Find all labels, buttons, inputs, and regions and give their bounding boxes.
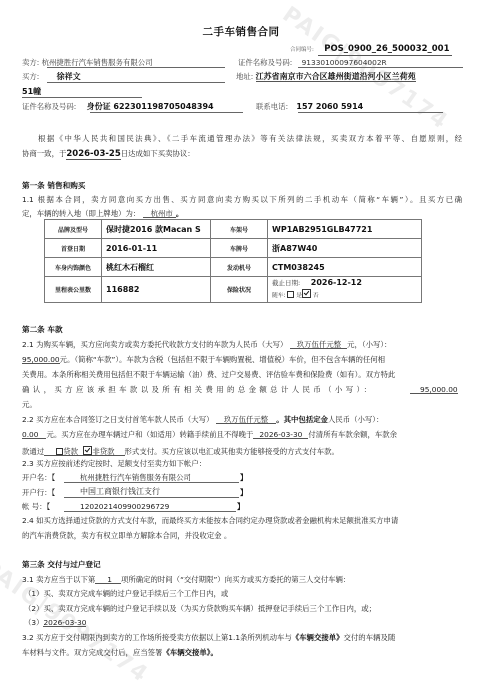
p22-line2-mid: 元。买方应在办理车辆过户和（如适用）转籍手续前且不得晚于 [46, 430, 253, 439]
article2-p21-line4: 确认，买方应该承担车款以及所有相关费用的总金额总计人民币（小写）： [22, 386, 374, 393]
article2-p23: 2.3 买方应按前述约定按时、足额支付至卖方如下帐户： [22, 460, 206, 467]
with-car-no-label: 否 [313, 293, 319, 299]
article3-opt2: （2）买、卖双方完成车辆的过户登记手续以及（为买方贷款购买车辆）抵押登记手续后三… [24, 605, 376, 612]
first-registration-label: 首登日期 [45, 239, 102, 258]
buyer-id-value: 身份证 622301198705048394 [87, 102, 214, 111]
loan-label: 贷款 [63, 447, 78, 456]
seller-id-row: 证件名称及号码: 91330100097604002R [238, 59, 387, 66]
article3-p32-line1: 3.2 买方应于交付期限内到卖方的工作场所接受卖方依据以上第1.1条所列机动车与… [22, 634, 395, 641]
registration-city: 杭州市 [143, 210, 176, 218]
article3-heading: 第三条 交付与过户登记 [22, 561, 101, 569]
account-name-close: 】 [240, 474, 247, 481]
table-row: 车身内饰颜色 桃红木石榴红 发动机号 CTM038245 [45, 258, 422, 277]
bank-value: 中国工商银行钱江支行 [80, 488, 160, 496]
address-line1: 江苏省南京市六合区雄州街道沿河小区兰荷苑 [256, 73, 416, 82]
first-payment-words: 玖万伍仟元整 [216, 416, 276, 424]
price-words: 玖万伍仟元整 [290, 341, 347, 349]
intro-line2-suffix: 日达成如下买卖协议： [121, 149, 195, 158]
address-line2: 51幢 [22, 88, 41, 96]
p32-line2-prefix: 车材料与文件。双方完成交付后，应当签署 [22, 648, 162, 657]
buyer-id-label: 证件名称及号码: [22, 102, 76, 111]
article2-p21-line2: 95,000.00元。（简称“车款”）。车款为含税（包括但不限于车辆购置税、增值… [22, 356, 385, 364]
address-label: 地址: [236, 72, 253, 81]
account-name-underline [64, 482, 239, 483]
intro-line1: 根据《中华人民共和国民法典》、《二手车流通管理办法》等有关法律法规，买卖双方本着… [22, 135, 462, 142]
p32-prefix: 3.2 买方应于交付期限内到卖方的工作场所接受卖方依据以上第1.1条所列机动车与 [22, 633, 292, 642]
p21-line4-text: 确认，买方应该承担车款以及所有相关费用的总金额总计人民币（小写）： [22, 385, 374, 394]
p31-prefix: 3.1 卖方应当于以下第 [22, 575, 95, 584]
seller-id-value: 91330100097604002R [302, 58, 387, 67]
document-title: 二手车销售合同 [0, 27, 482, 38]
article1-p1-line2: 定，车辆的转入地（即上牌地）为： 杭州市。 [22, 210, 183, 218]
table-row: 里程表公里数 116882 保险状况 截止日期: 2026-12-12 随车: … [45, 277, 422, 303]
engine-no-label: 发动机号 [211, 258, 268, 277]
first-registration-value: 2016-01-11 [102, 239, 211, 258]
seller-underline [47, 67, 225, 68]
watermark-top: PAIG|9097174 [278, 2, 453, 135]
payment-method-field: 贷款 非贷款 [44, 446, 124, 456]
p21-line2-text: 元。（简称“车款”）。车款为含税（包括但不限于车辆购置税、增值税）车价，但不包含… [60, 355, 385, 364]
p22-line3-prefix: 款通过 [22, 447, 44, 456]
article3-opt3: （3）2026-03-30 [24, 619, 86, 627]
seller-id-underline [298, 67, 463, 68]
article2-p24-line2: 的汽车消费贷款，卖方有权立即单方解除本合同，并没收定金 。 [22, 532, 231, 539]
brand-model-value: 保时捷2016 款Macan S [102, 220, 211, 239]
delivery-item-no: 1 [95, 576, 121, 584]
buyer-row: 买方: 徐祥文 [22, 73, 81, 81]
article2-p21-line3: 关费用。本条所称相关费用包括但不限于车辆运输（油）费、过户交易费、评估验车费和保… [22, 371, 462, 378]
article2-p21-line1: 2.1 为购买车辆，买方应向卖方或卖方委托代收款方支付的车款为人民币（大写） 玖… [22, 341, 391, 349]
account-no-row: 帐 号：【 [22, 503, 50, 510]
opt3-date: 2026-03-30 [43, 619, 86, 627]
vehicle-info-table: 品牌及型号 保时捷2016 款Macan S 车架号 WP1AB2951GLB4… [44, 219, 422, 303]
bank-underline [64, 497, 239, 498]
article2-heading: 第二条 车款 [22, 326, 63, 334]
p31-suffix: 项所确定的时间（“交付期限”）向买方或买方委托的第三人交付车辆： [121, 575, 350, 584]
bank-close: 】 [240, 489, 247, 496]
contract-no-label: 合同编号: [290, 47, 314, 53]
article2-p21-line5: 元。 [22, 401, 37, 408]
account-name-label: 开户名：【 [22, 473, 55, 482]
insurance-cell: 截止日期: 2026-12-12 随车: 是 否 [268, 277, 422, 303]
seller-label: 卖方: [22, 58, 39, 67]
intro-line2-prefix: 协商一致，于 [22, 149, 66, 158]
article2-p22-line1: 2.2 买方应在本合同签订之日支付首笔车款人民币（大写） 玖万伍仟元整。其中包括… [22, 416, 383, 424]
total-amount: 95,000.00 [410, 386, 458, 394]
balance-due-date: 2026-03-30 [253, 431, 308, 439]
engine-no-value: CTM038245 [268, 258, 422, 277]
handover-doc-ref-2: 《车辆交接单》 [162, 648, 210, 657]
agreement-date: 2026-03-25 [66, 150, 120, 160]
seller-id-label: 证件名称及号码: [238, 58, 292, 67]
plate-value: 浙A87W40 [268, 239, 422, 258]
buyer-name: 徐祥文 [57, 72, 81, 81]
non-loan-checkbox[interactable] [83, 446, 92, 455]
with-car-row: 随车: 是 否 [272, 289, 417, 301]
article2-p22-line3: 款通过贷款 非贷款形式支付。买方应该以电汇或其他卖方能够接受的方式支付车款。 [22, 446, 339, 456]
article3-p32-line2: 车材料与文件。双方完成交付后，应当签署《车辆交接单》。 [22, 649, 218, 656]
with-car-yes-checkbox[interactable] [287, 291, 294, 298]
p22-prefix: 2.2 买方应在本合同签订之日支付首笔车款人民币（大写） [22, 415, 213, 424]
brand-model-label: 品牌及型号 [45, 220, 102, 239]
contract-number-row: 合同编号: POS_0900_26_500032_001 [290, 45, 452, 56]
contract-page: PAIG|9097174 PAIG|9097174 二手车销售合同 合同编号: … [0, 0, 482, 688]
vin-value: WP1AB2951GLB47721 [268, 220, 422, 239]
account-no-close: 】 [237, 503, 244, 510]
article1-heading: 第一条 销售和购买 [22, 182, 85, 190]
plate-label: 车牌号 [211, 239, 268, 258]
address-row: 地址: 江苏省南京市六合区雄州街道沿河小区兰荷苑 [236, 73, 416, 82]
bank-row: 开户行：【 [22, 489, 55, 496]
table-row: 首登日期 2016-01-11 车牌号 浙A87W40 [45, 239, 422, 258]
article2-p22-line2: 0.00元。买方应在办理车辆过户和（如适用）转籍手续前且不得晚于2026-03-… [22, 431, 397, 439]
bank-label: 开户行：【 [22, 488, 55, 497]
mileage-label: 里程表公里数 [45, 277, 102, 303]
vin-label: 车架号 [211, 220, 268, 239]
buyer-id-underline [90, 112, 243, 113]
address-line2-underline [22, 97, 142, 98]
registration-prefix: 定，车辆的转入地（即上牌地）为： [22, 209, 140, 218]
color-label: 车身内饰颜色 [45, 258, 102, 277]
account-no-value: 1202021409900296729 [80, 503, 169, 510]
insurance-expiry-value: 2026-12-12 [311, 278, 362, 287]
registration-suffix: 。 [176, 209, 183, 218]
insurance-label: 保险状况 [211, 277, 268, 303]
p22-deposit-bold: 。其中包括定金 [276, 415, 328, 424]
p22-line2-suffix: 付清所有车款余额，车款余 [308, 430, 397, 439]
non-loan-label: 非贷款 [92, 447, 114, 456]
insurance-expiry-row: 截止日期: 2026-12-12 [272, 278, 417, 289]
phone-underline [298, 112, 443, 113]
account-name-row: 开户名：【 [22, 474, 55, 481]
color-value: 桃红木石榴红 [102, 258, 211, 277]
article3-opt1: （1）买、卖双方完成车辆的过户登记手续后三个工作日内，或 [24, 590, 228, 597]
account-no-label: 帐 号：【 [22, 502, 50, 511]
seller-row: 卖方: 杭州捷胜行汽车销售服务有限公司 [22, 59, 153, 66]
article3-p31: 3.1 卖方应当于以下第1项所确定的时间（“交付期限”）向买方或买方委托的第三人… [22, 576, 350, 584]
p22-line3-suffix: 形式支付。买方应该以电汇或其他卖方能够接受的方式支付车款。 [125, 447, 339, 456]
phone-row: 联系电话: 157 2060 5914 [256, 103, 363, 111]
handover-doc-ref: 《车辆交接单》 [292, 633, 344, 642]
opt3-label: （3） [24, 618, 43, 627]
account-no-underline [64, 511, 236, 512]
p22-suffix: 人民币（小写）： [328, 415, 383, 424]
buyer-label: 买方: [22, 72, 39, 81]
contract-no-value: POS_0900_26_500032_001 [318, 45, 451, 56]
phone-label: 联系电话: [256, 102, 288, 111]
price-number: 95,000.00 [22, 356, 60, 364]
account-name-value: 杭州捷胜行汽车销售服务有限公司 [80, 474, 191, 481]
article2-p24-line1: 2.4 如买方选择通过贷款的方式支付车款，而最终买方未能按本合同约定办理贷款或者… [22, 517, 462, 524]
table-row: 品牌及型号 保时捷2016 款Macan S 车架号 WP1AB2951GLB4… [45, 220, 422, 239]
insurance-expiry-label: 截止日期: [272, 279, 300, 287]
seller-name: 杭州捷胜行汽车销售服务有限公司 [42, 58, 153, 67]
p32-suffix: 交付的车辆及随 [344, 633, 396, 642]
intro-line2: 协商一致，于2026-03-25日达成如下买卖协议： [22, 150, 195, 160]
with-car-no-checkbox[interactable] [302, 289, 311, 298]
p21-prefix: 2.1 为购买车辆，买方应向卖方或卖方委托代收款方支付的车款为人民币（大写） [22, 340, 287, 349]
p32-line2-end: 。 [210, 648, 217, 657]
p21-suffix: 元，（小写）： [347, 340, 391, 349]
mileage-value: 116882 [102, 277, 211, 303]
with-car-label: 随车: [272, 293, 286, 299]
article1-p1-line1: 1.1 根据本合同，卖方同意向买方出售、买方同意向卖方购买以下所列的二手机动车（… [22, 196, 462, 203]
phone-value: 157 2060 5914 [296, 102, 363, 111]
deposit-amount: 0.00 [22, 431, 46, 439]
buyer-underline [47, 82, 225, 83]
buyer-id-row: 证件名称及号码: 身份证 622301198705048394 [22, 103, 214, 111]
